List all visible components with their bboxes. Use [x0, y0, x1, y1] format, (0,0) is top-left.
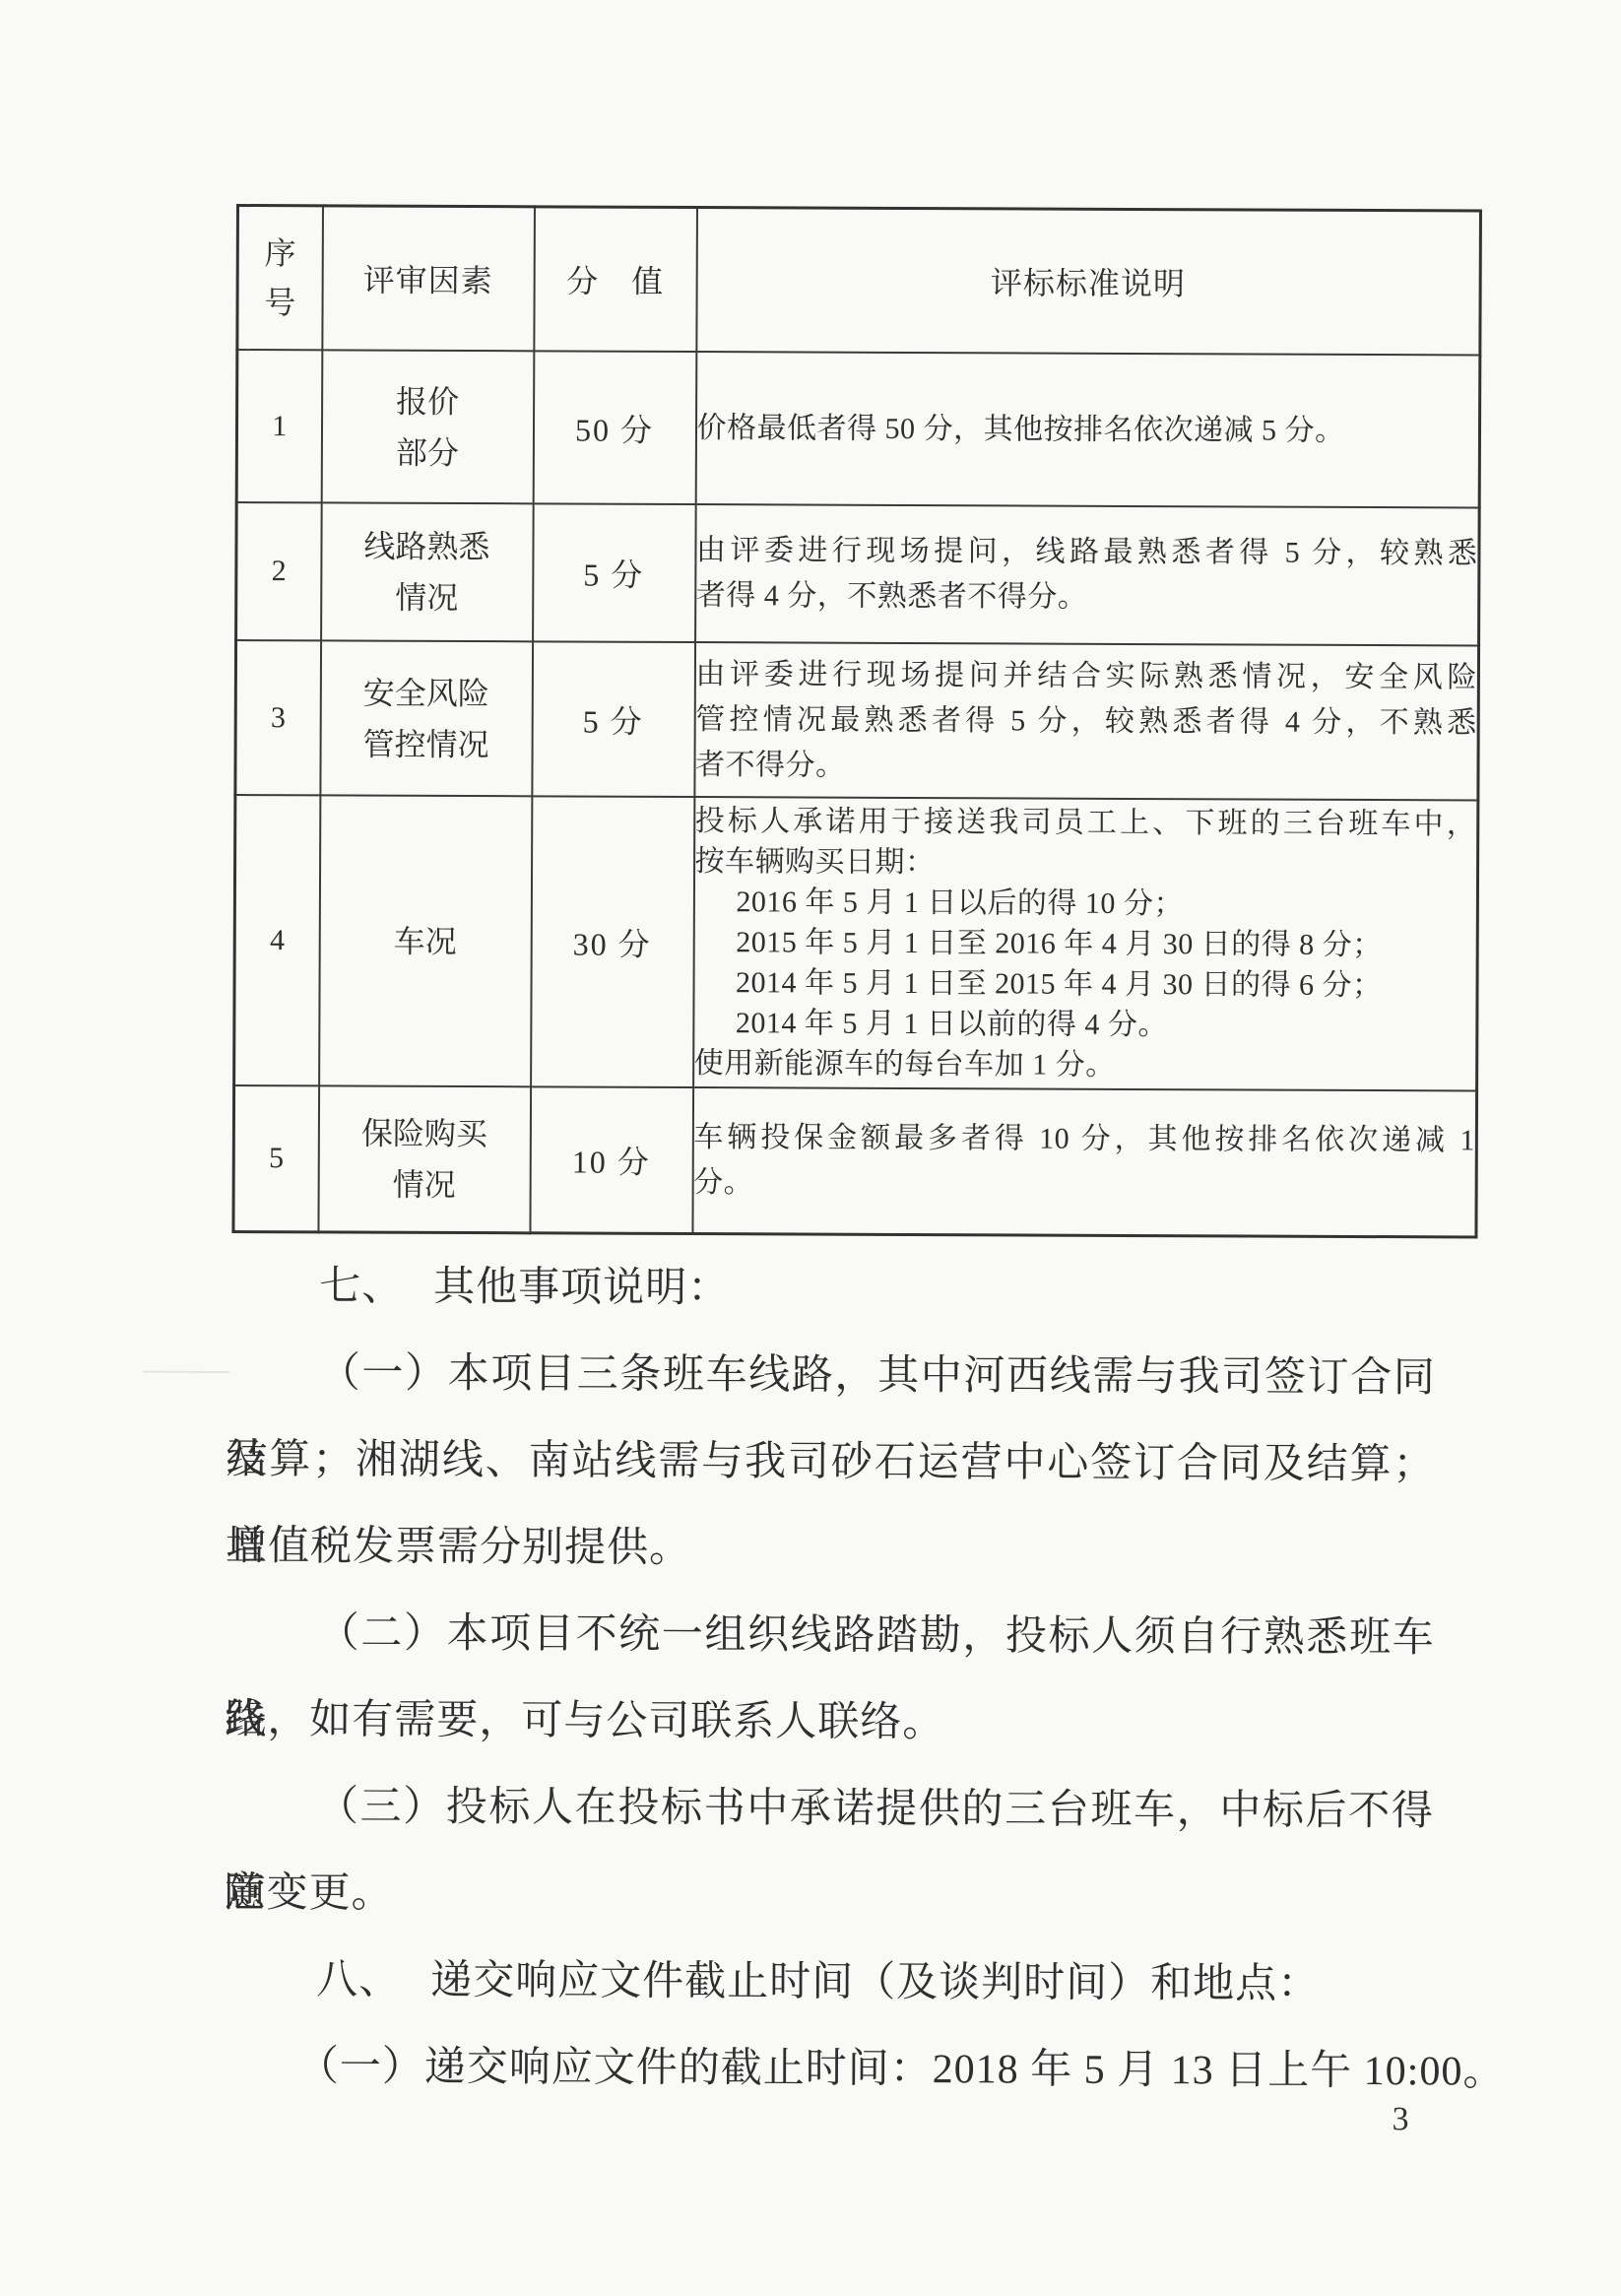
row2-desc-line1: 由评委进行现场提问，线路最熟悉者得 5 分，较熟悉: [696, 528, 1478, 576]
row4-number: 4: [234, 795, 320, 1085]
scan-artifact-line: [143, 1371, 229, 1373]
clause-7-2-line1: （二）本项目不统一组织线路踏勘，投标人须自行熟悉班车线: [225, 1590, 1434, 1681]
clause-7-3-line1: （三）投标人在投标书中承诺提供的三台班车，中标后不得随: [225, 1763, 1434, 1855]
section-8-heading: 八、递交响应文件截止时间（及谈判时间）和地点：: [224, 1936, 1433, 2028]
clause-7-1-line2: 结算；湘湖线、南站线需与我司砂石运营中心签订合同及结算；且: [226, 1416, 1435, 1508]
row1-factor: 报价 部分: [321, 350, 534, 503]
clause-8-1-line1: （一）递交响应文件的截止时间：2018 年 5 月 13 日上午 10:00。: [224, 2023, 1433, 2115]
row4-desc-line7: 使用新能源车的每台车加 1 分。: [694, 1043, 1476, 1086]
row2-factor-line1: 线路熟悉: [322, 520, 532, 572]
scanned-content: 序 号 评审因素 分 值 评标标准说明 1 报价 部分 50 分 价格最低者得 …: [0, 0, 1621, 2296]
header-criteria-description: 评标标准说明: [696, 208, 1481, 356]
row3-factor-line1: 安全风险: [321, 667, 531, 719]
section-7-heading: 七、其他事项说明：: [227, 1243, 1436, 1335]
section-8-title: 递交响应文件截止时间（及谈判时间）和地点：: [430, 1958, 1320, 2007]
row5-desc-line1: 车辆投保金额最多者得 10 分，其他按排名依次递减 1: [693, 1115, 1475, 1163]
row2-factor: 线路熟悉 情况: [321, 502, 534, 641]
row2-desc-line2: 者得 4 分，不熟悉者不得分。: [696, 573, 1478, 622]
row1-factor-line1: 报价: [323, 375, 533, 427]
table-row: 3 安全风险 管控情况 5 分 由评委进行现场提问并结合实际熟悉情况，安全风险 …: [235, 640, 1479, 801]
row5-number: 5: [233, 1085, 319, 1232]
row3-desc-line3: 者不得分。: [695, 743, 1477, 791]
row1-desc-line1: 价格最低者得 50 分，其他按排名依次递减 5 分。: [696, 406, 1478, 454]
table-header-row: 序 号 评审因素 分 值 评标标准说明: [237, 206, 1481, 356]
section-8-number: 八、: [316, 1957, 401, 2002]
row4-factor-line1: 车况: [320, 915, 530, 967]
row5-factor-line2: 情况: [319, 1158, 529, 1211]
table-row: 1 报价 部分 50 分 价格最低者得 50 分，其他按排名依次递减 5 分。: [236, 350, 1480, 508]
row1-score: 50 分: [533, 351, 696, 504]
row4-factor: 车况: [319, 795, 532, 1086]
header-serial-number: 序 号: [237, 206, 323, 351]
row4-desc-line5: 2014 年 5 月 1 日至 2015 年 4 月 30 日的得 6 分；: [694, 962, 1476, 1006]
page-number: 3: [1392, 2101, 1408, 2138]
row5-description: 车辆投保金额最多者得 10 分，其他按排名依次递减 1 分。: [692, 1087, 1477, 1237]
row5-factor-line1: 保险购买: [319, 1107, 529, 1159]
table-row: 4 车况 30 分 投标人承诺用于接送我司员工上、下班的三台班车中， 按车辆购买…: [234, 795, 1478, 1091]
section-7-title: 其他事项说明：: [433, 1265, 730, 1311]
document-body-text: 七、其他事项说明： （一）本项目三条班车线路，其中河西线需与我司签订合同及 结算…: [224, 1243, 1437, 2115]
row2-score: 5 分: [533, 503, 696, 642]
row2-description: 由评委进行现场提问，线路最熟悉者得 5 分，较熟悉 者得 4 分，不熟悉者不得分…: [695, 504, 1480, 645]
row3-factor: 安全风险 管控情况: [320, 640, 533, 796]
row5-factor: 保险购买 情况: [318, 1085, 531, 1232]
clause-7-1-line1: （一）本项目三条班车线路，其中河西线需与我司签订合同及: [227, 1330, 1436, 1421]
row1-factor-line2: 部分: [322, 426, 532, 479]
row4-desc-line1: 投标人承诺用于接送我司员工上、下班的三台班车中，: [695, 801, 1477, 844]
row2-number: 2: [236, 502, 322, 640]
header-score-value: 分 值: [534, 207, 697, 352]
document-page: 序 号 评审因素 分 值 评标标准说明 1 报价 部分 50 分 价格最低者得 …: [0, 0, 1621, 2296]
row3-factor-line2: 管控情况: [321, 718, 531, 770]
row4-desc-line2: 按车辆购买日期：: [695, 841, 1477, 885]
row3-score: 5 分: [532, 641, 695, 797]
row4-description: 投标人承诺用于接送我司员工上、下班的三台班车中， 按车辆购买日期： 2016 年…: [693, 797, 1478, 1090]
row5-score: 10 分: [530, 1086, 693, 1233]
row5-desc-line2: 分。: [693, 1160, 1475, 1209]
row4-desc-line4: 2015 年 5 月 1 日至 2016 年 4 月 30 日的得 8 分；: [694, 922, 1476, 965]
clause-7-3-line2: 意变更。: [224, 1850, 1433, 1941]
table-row: 5 保险购买 情况 10 分 车辆投保金额最多者得 10 分，其他按排名依次递减…: [233, 1085, 1477, 1237]
row4-desc-line3: 2016 年 5 月 1 日以后的得 10 分；: [694, 882, 1476, 925]
header-serial-line1: 序: [239, 229, 322, 278]
row1-number: 1: [236, 350, 322, 502]
clause-7-2-line2: 路，如有需要，可与公司联系人联络。: [225, 1676, 1434, 1768]
row3-desc-line1: 由评委进行现场提问并结合实际熟悉情况，安全风险: [695, 652, 1477, 700]
row3-desc-line2: 管控情况最熟悉者得 5 分，较熟悉者得 4 分，不熟悉: [695, 697, 1477, 746]
row1-description: 价格最低者得 50 分，其他按排名依次递减 5 分。: [695, 352, 1480, 507]
row2-factor-line2: 情况: [322, 571, 532, 623]
row3-number: 3: [235, 640, 321, 795]
evaluation-criteria-table: 序 号 评审因素 分 值 评标标准说明 1 报价 部分 50 分 价格最低者得 …: [231, 204, 1482, 1239]
header-serial-line2: 号: [238, 278, 321, 327]
row4-score: 30 分: [531, 796, 694, 1087]
section-7-number: 七、: [319, 1264, 404, 1309]
row3-description: 由评委进行现场提问并结合实际熟悉情况，安全风险 管控情况最熟悉者得 5 分，较熟…: [694, 642, 1479, 800]
header-review-factor: 评审因素: [322, 206, 535, 351]
clause-7-1-line3: 增值税发票需分别提供。: [226, 1503, 1435, 1595]
row4-desc-line6: 2014 年 5 月 1 日以前的得 4 分。: [694, 1003, 1476, 1046]
table-row: 2 线路熟悉 情况 5 分 由评委进行现场提问，线路最熟悉者得 5 分，较熟悉 …: [236, 502, 1480, 646]
